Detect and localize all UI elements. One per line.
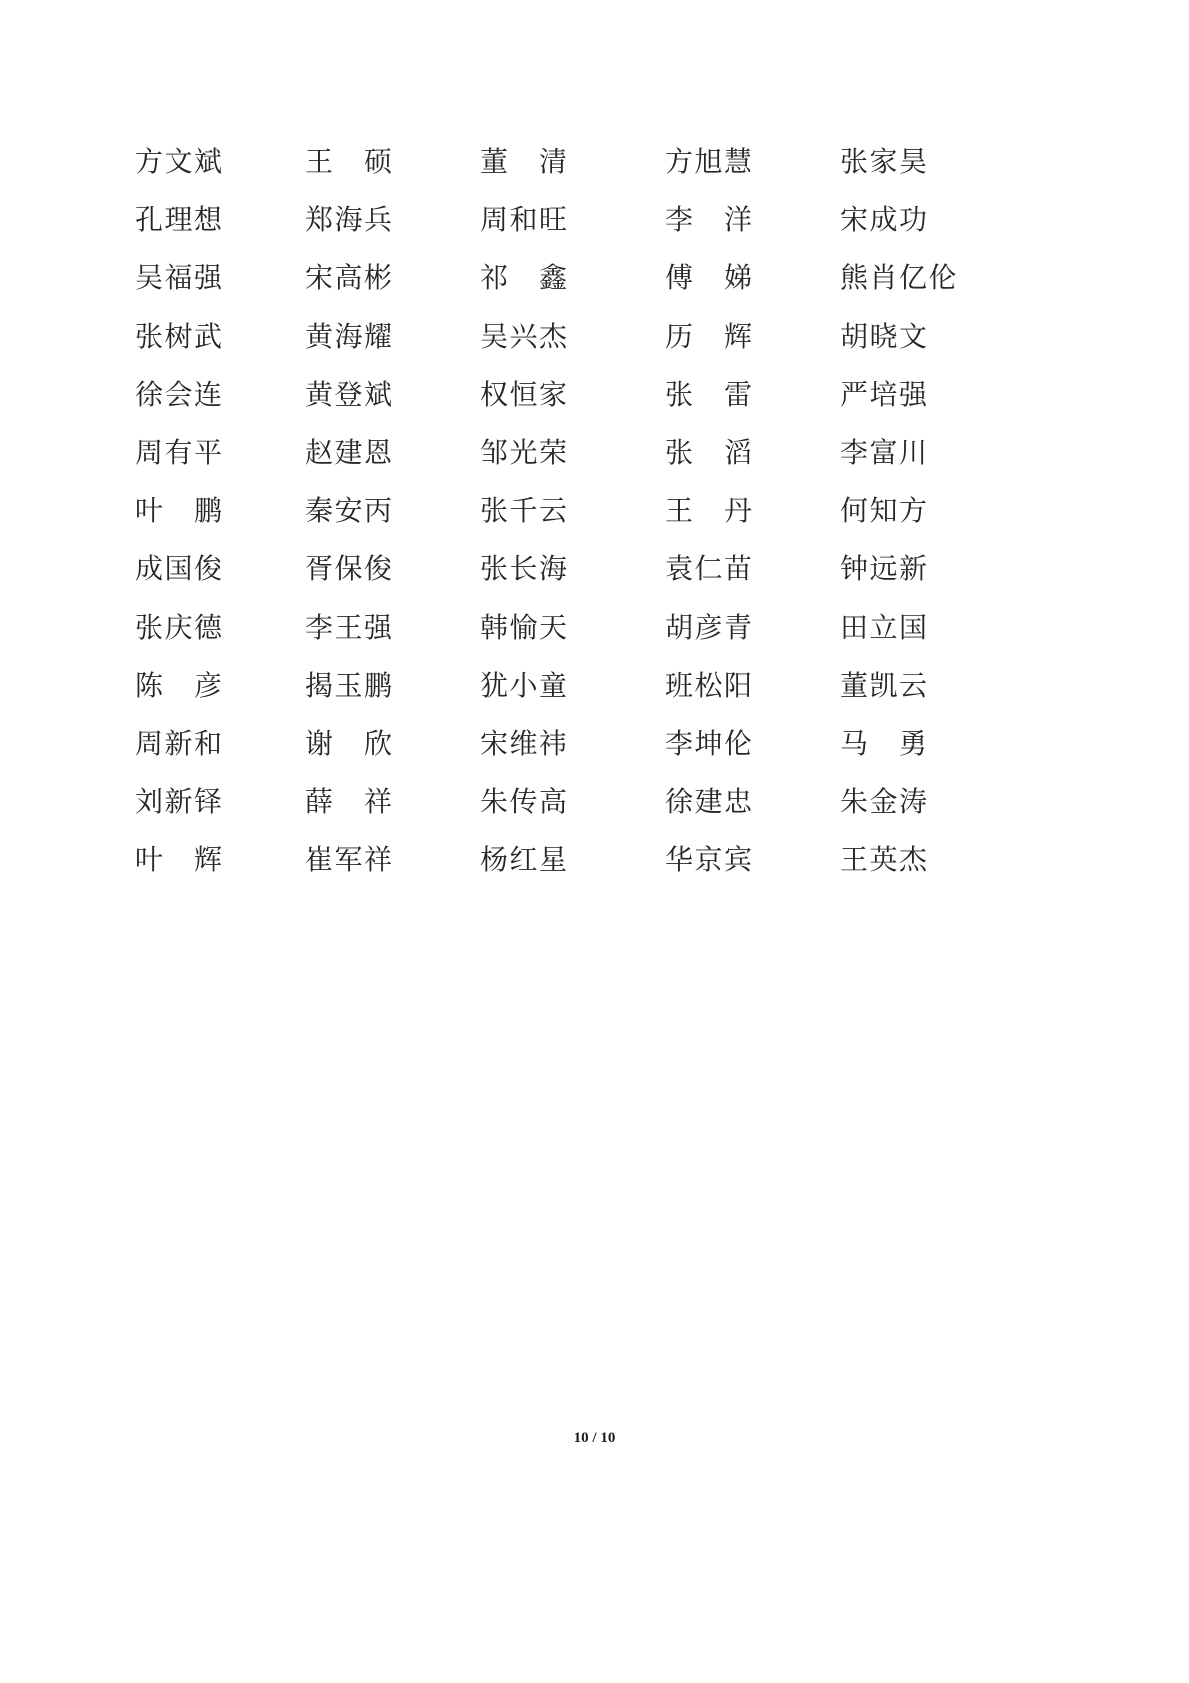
name-cell: 黄海耀 [305, 306, 480, 364]
document-page: 方文斌 王 硕 董 清 方旭慧 张家昊 孔理想 郑海兵 周和旺 李 洋 宋成功 … [0, 0, 1189, 1683]
name-cell: 张长海 [480, 538, 665, 596]
name-cell: 方旭慧 [665, 131, 840, 189]
name-roster-grid: 方文斌 王 硕 董 清 方旭慧 张家昊 孔理想 郑海兵 周和旺 李 洋 宋成功 … [135, 131, 965, 887]
name-cell: 秦安丙 [305, 480, 480, 538]
name-cell: 李王强 [305, 597, 480, 655]
name-cell: 何知方 [840, 480, 965, 538]
name-cell: 宋成功 [840, 189, 965, 247]
name-cell: 班松阳 [665, 655, 840, 713]
name-cell: 王英杰 [840, 829, 965, 887]
name-cell: 薛 祥 [305, 771, 480, 829]
name-cell: 张树武 [135, 306, 305, 364]
name-cell: 崔军祥 [305, 829, 480, 887]
name-cell: 孔理想 [135, 189, 305, 247]
name-cell: 朱金涛 [840, 771, 965, 829]
name-cell: 权恒家 [480, 364, 665, 422]
name-cell: 叶 鹏 [135, 480, 305, 538]
name-cell: 马 勇 [840, 713, 965, 771]
name-cell: 周新和 [135, 713, 305, 771]
name-cell: 田立国 [840, 597, 965, 655]
name-cell: 宋高彬 [305, 247, 480, 305]
name-cell: 李富川 [840, 422, 965, 480]
name-cell: 李坤伦 [665, 713, 840, 771]
name-cell: 宋维祎 [480, 713, 665, 771]
name-cell: 历 辉 [665, 306, 840, 364]
name-cell: 傅 娣 [665, 247, 840, 305]
name-cell: 熊肖亿伦 [840, 247, 965, 305]
name-cell: 王 丹 [665, 480, 840, 538]
name-cell: 胡晓文 [840, 306, 965, 364]
name-cell: 谢 欣 [305, 713, 480, 771]
name-cell: 徐会连 [135, 364, 305, 422]
name-cell: 吴福强 [135, 247, 305, 305]
name-cell: 吴兴杰 [480, 306, 665, 364]
name-cell: 刘新铎 [135, 771, 305, 829]
name-cell: 董凯云 [840, 655, 965, 713]
name-cell: 严培强 [840, 364, 965, 422]
name-cell: 揭玉鹏 [305, 655, 480, 713]
name-cell: 杨红星 [480, 829, 665, 887]
page-number: 10 / 10 [0, 1430, 1189, 1447]
name-cell: 邹光荣 [480, 422, 665, 480]
name-cell: 成国俊 [135, 538, 305, 596]
name-cell: 钟远新 [840, 538, 965, 596]
name-cell: 周和旺 [480, 189, 665, 247]
name-cell: 胡彦青 [665, 597, 840, 655]
name-cell: 韩愉天 [480, 597, 665, 655]
name-cell: 袁仁苗 [665, 538, 840, 596]
name-cell: 陈 彦 [135, 655, 305, 713]
name-cell: 郑海兵 [305, 189, 480, 247]
name-cell: 华京宾 [665, 829, 840, 887]
name-cell: 赵建恩 [305, 422, 480, 480]
name-cell: 方文斌 [135, 131, 305, 189]
name-cell: 祁 鑫 [480, 247, 665, 305]
name-cell: 张千云 [480, 480, 665, 538]
name-cell: 李 洋 [665, 189, 840, 247]
name-cell: 徐建忠 [665, 771, 840, 829]
name-cell: 朱传高 [480, 771, 665, 829]
name-cell: 胥保俊 [305, 538, 480, 596]
name-cell: 张 滔 [665, 422, 840, 480]
name-cell: 张家昊 [840, 131, 965, 189]
name-cell: 张庆德 [135, 597, 305, 655]
name-cell: 董 清 [480, 131, 665, 189]
name-cell: 王 硕 [305, 131, 480, 189]
name-cell: 黄登斌 [305, 364, 480, 422]
name-cell: 犹小童 [480, 655, 665, 713]
name-cell: 周有平 [135, 422, 305, 480]
name-cell: 叶 辉 [135, 829, 305, 887]
name-cell: 张 雷 [665, 364, 840, 422]
